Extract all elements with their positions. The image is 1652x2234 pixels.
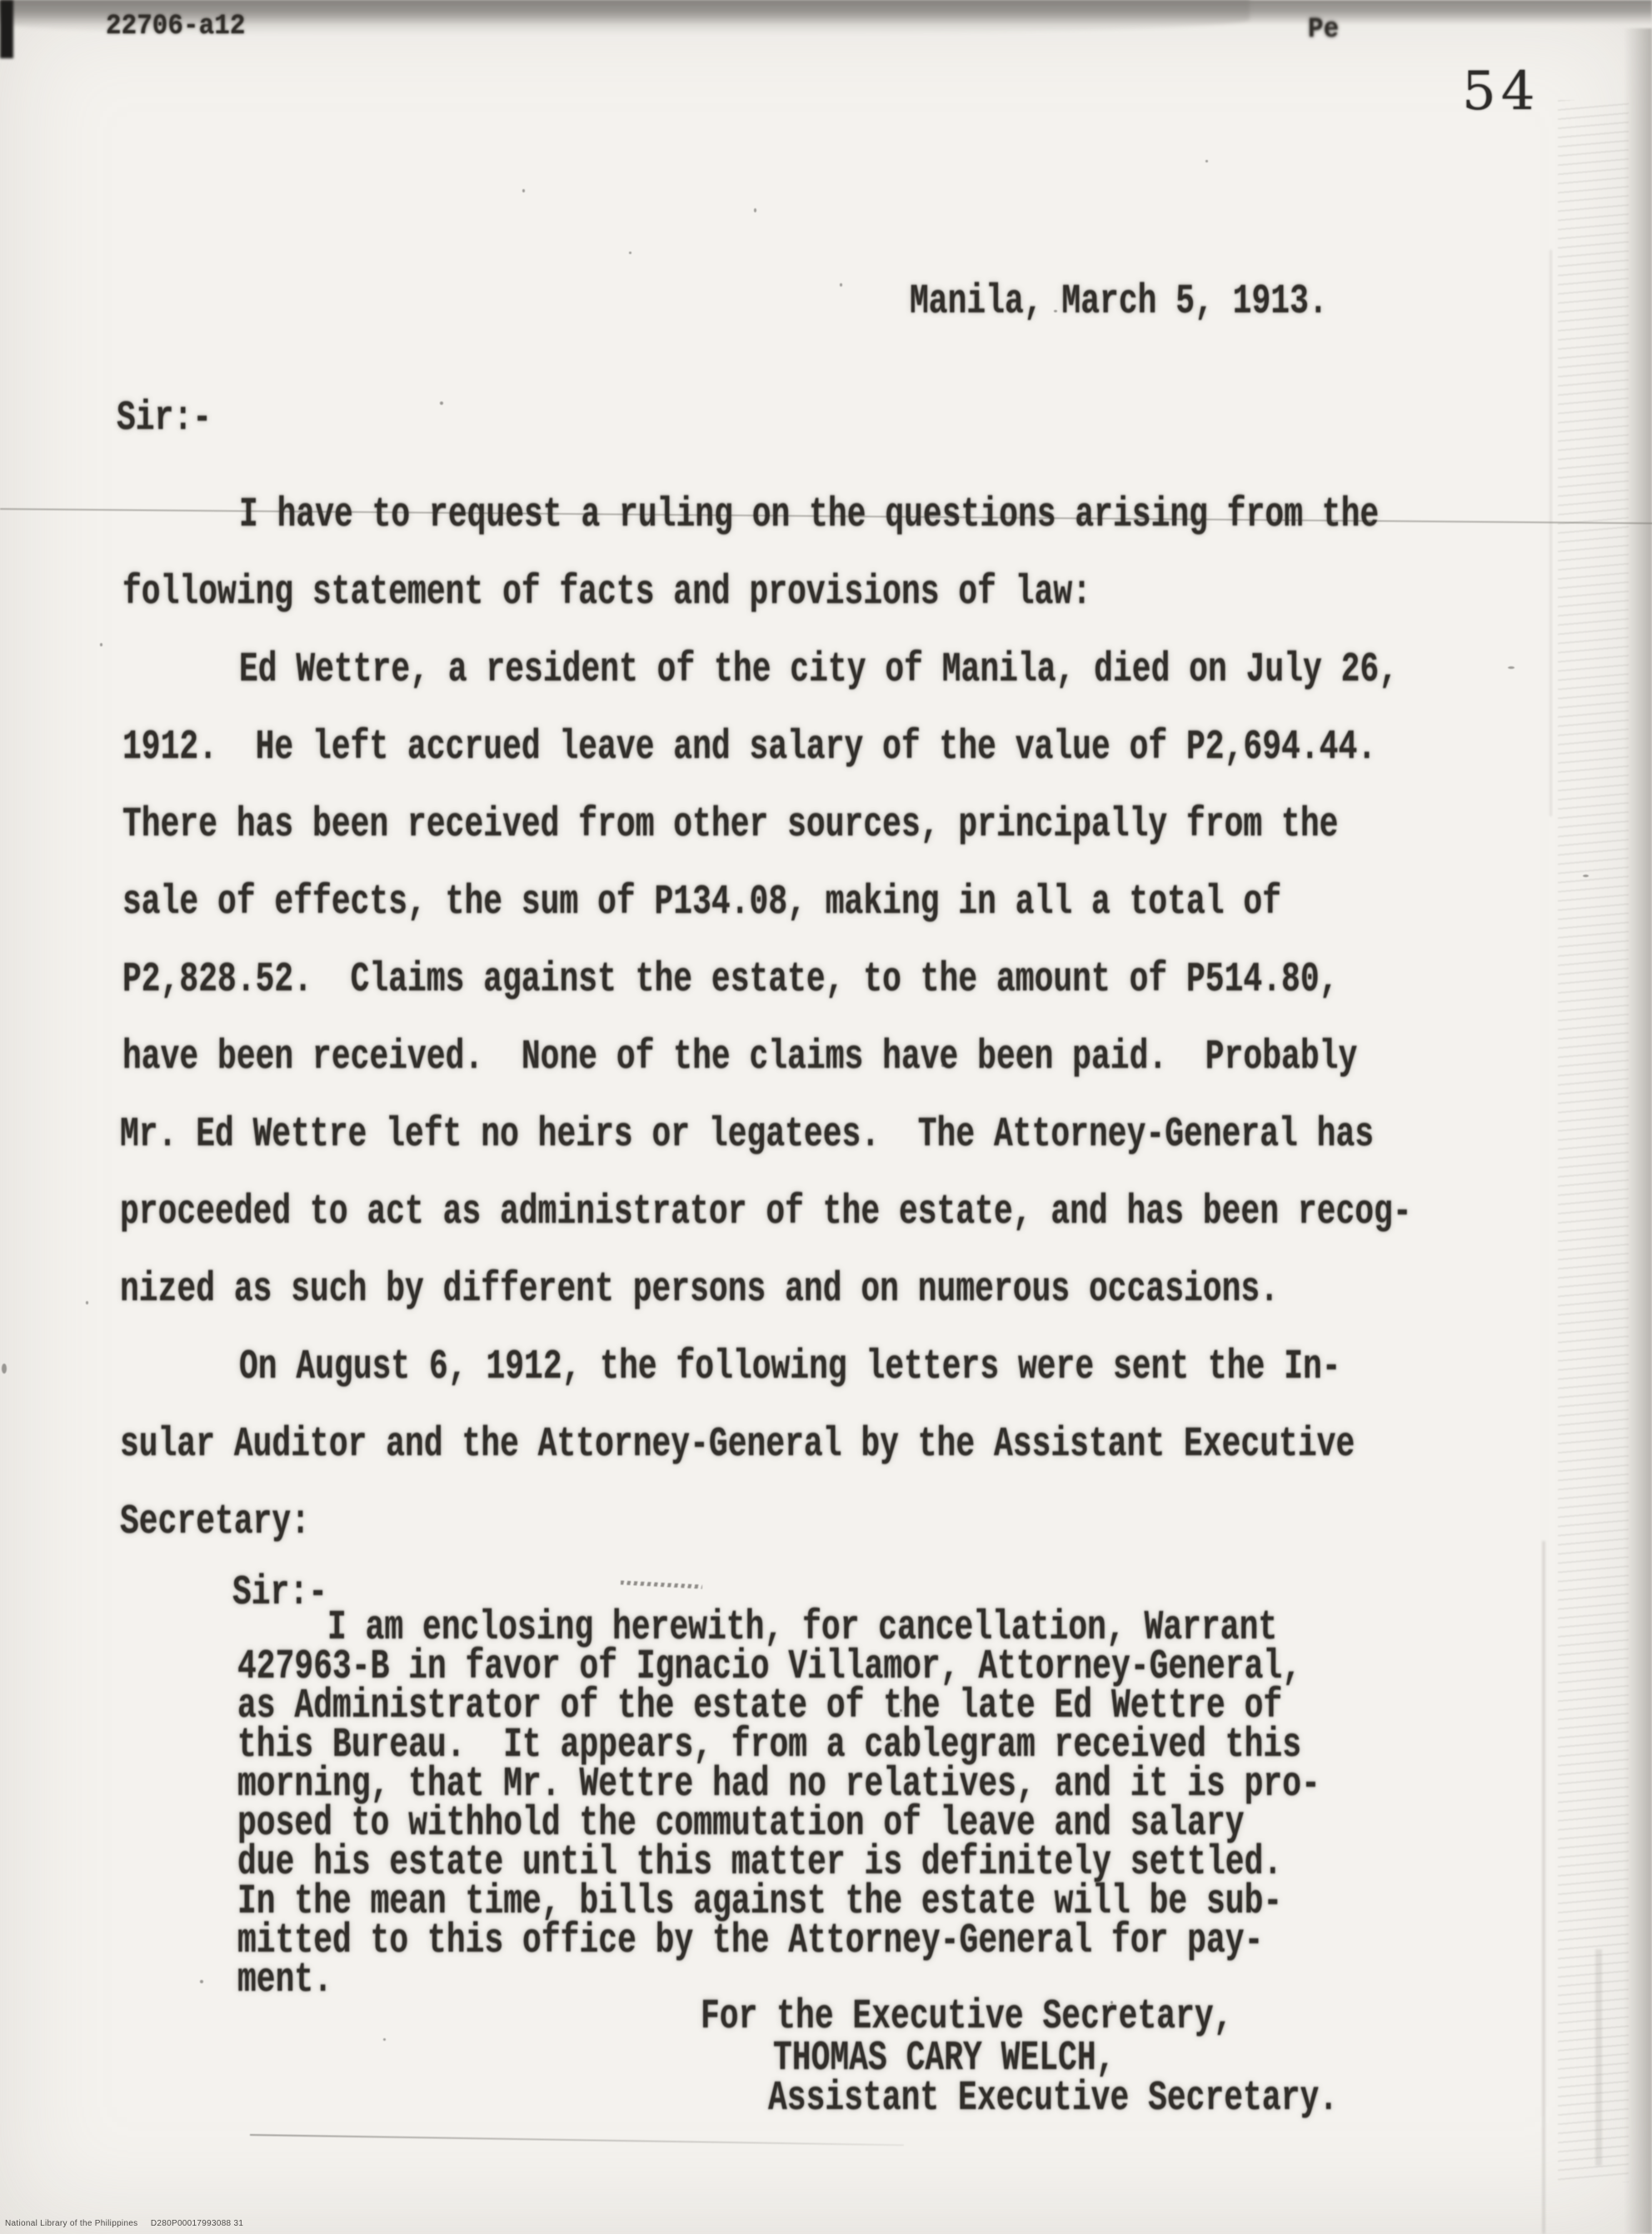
body-line: Ed Wettre, a resident of the city of Man…: [239, 650, 1398, 691]
scan-corner-mark: [0, 0, 13, 58]
quote-salutation: Sir:-: [232, 1573, 327, 1614]
speck: [86, 1301, 88, 1304]
ink-squiggle: [621, 1580, 702, 1588]
signature-title: Assistant Executive Secretary.: [768, 2078, 1338, 2120]
body-line: have been received. None of the claims h…: [122, 1037, 1357, 1079]
speck: [1205, 160, 1208, 162]
body-line: sale of effects, the sum of P134.08, mak…: [122, 882, 1281, 924]
file-number: 22706-a12: [106, 12, 245, 41]
speck: [383, 2038, 386, 2041]
scan-right-edge-speckle: [1558, 100, 1629, 2182]
body-line: Mr. Ed Wettre left no heirs or legatees.…: [120, 1115, 1374, 1156]
speck: [1583, 875, 1589, 877]
signature-name: THOMAS CARY WELCH,: [773, 2038, 1115, 2080]
body-line: 1912. He left accrued leave and salary o…: [122, 727, 1376, 769]
body-line: There has been received from other sourc…: [122, 805, 1338, 846]
pencil-line: [250, 2134, 904, 2146]
dateline: Manila, March 5, 1913.: [910, 282, 1328, 323]
library-watermark: National Library of the Philippines D280…: [5, 2219, 243, 2228]
speck: [440, 401, 443, 405]
scanned-letter-page: 22706-a12 Pe 54 Manila, March 5, 1913. S…: [0, 0, 1652, 2234]
signature-intro: For the Executive Secretary,: [701, 1997, 1233, 2038]
body-line: On August 6, 1912, the following letters…: [239, 1347, 1341, 1389]
page-number: 54: [1462, 65, 1540, 118]
scan-vertical-streak: [1542, 1541, 1545, 2234]
speck: [100, 643, 102, 646]
body-line: Secretary:: [120, 1502, 310, 1543]
speck: [629, 252, 631, 254]
speck: [200, 1980, 203, 1983]
body-line: sular Auditor and the Attorney-General b…: [120, 1424, 1355, 1466]
speck: [2, 1364, 7, 1374]
scan-vertical-streak: [1550, 250, 1552, 816]
body-line: following statement of facts and provisi…: [122, 572, 1091, 614]
body-line: I have to request a ruling on the questi…: [239, 495, 1379, 536]
body-line: proceeded to act as administrator of the…: [120, 1192, 1412, 1234]
quote-line: ment.: [237, 1960, 332, 2002]
quote-line: mitted to this office by the Attorney-Ge…: [237, 1921, 1263, 1962]
speck: [840, 283, 842, 287]
salutation: Sir:-: [117, 398, 212, 440]
scan-vertical-streak: [1595, 1949, 1602, 2166]
body-line: P2,828.52. Claims against the estate, to…: [122, 960, 1338, 1001]
speck: [1508, 666, 1515, 669]
routing-mark: Pe: [1308, 15, 1339, 44]
speck: [522, 189, 525, 192]
speck: [754, 208, 756, 212]
body-line: nized as such by different persons and o…: [120, 1269, 1279, 1311]
